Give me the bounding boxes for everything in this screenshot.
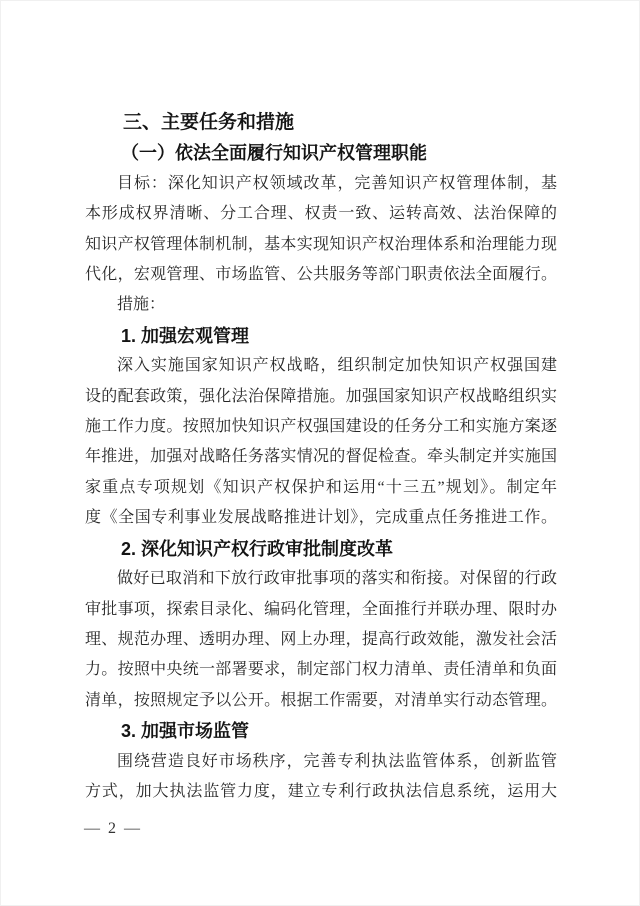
paragraph-task-1-line: 度《全国专利事业发展战略推进计划》，完成重点任务推进工作。	[85, 503, 557, 533]
document-body: 三、主要任务和措施 （一）依法全面履行知识产权管理职能 目标：深化知识产权领域改…	[85, 108, 557, 807]
paragraph-task-1-line: 设的配套政策，强化法治保障措施。加强国家知识产权战略组织实	[85, 382, 557, 412]
paragraph-goal-line: 知识产权管理体制机制，基本实现知识产权治理体系和治理能力现	[85, 230, 557, 260]
paragraph-goal-line: 本形成权界清晰、分工合理、权责一致、运转高效、法治保障的	[85, 199, 557, 229]
heading-task-2: 2. 深化知识产权行政审批制度改革	[85, 534, 557, 564]
label-measures: 措施：	[85, 290, 557, 320]
paragraph-task-2-line: 理、规范办理、透明办理、网上办理，提高行政效能，激发社会活	[85, 625, 557, 655]
paragraph-task-3-line: 方式，加大执法监管力度，建立专利行政执法信息系统，运用大	[85, 777, 557, 807]
heading-task-1: 1. 加强宏观管理	[85, 321, 557, 351]
paragraph-task-3-line: 围绕营造良好市场秩序，完善专利执法监管体系，创新监管	[85, 747, 557, 777]
paragraph-task-1-line: 家重点专项规划《知识产权保护和运用“十三五”规划》。制定年	[85, 473, 557, 503]
paragraph-task-2-line: 清单，按照规定予以公开。根据工作需要，对清单实行动态管理。	[85, 686, 557, 716]
paragraph-task-2-line: 力。按照中央统一部署要求，制定部门权力清单、责任清单和负面	[85, 655, 557, 685]
heading-task-3: 3. 加强市场监管	[85, 716, 557, 746]
heading-main: 三、主要任务和措施	[85, 108, 557, 138]
page-number: — 2 —	[84, 820, 142, 838]
paragraph-goal-line: 目标：深化知识产权领域改革，完善知识产权管理体制，基	[85, 169, 557, 199]
paragraph-task-2-line: 做好已取消和下放行政审批事项的落实和衔接。对保留的行政	[85, 564, 557, 594]
paragraph-task-1-line: 施工作力度。按照加快知识产权强国建设的任务分工和实施方案逐	[85, 412, 557, 442]
document-page: 三、主要任务和措施 （一）依法全面履行知识产权管理职能 目标：深化知识产权领域改…	[0, 0, 640, 906]
paragraph-goal-line: 代化，宏观管理、市场监管、公共服务等部门职责依法全面履行。	[85, 260, 557, 290]
paragraph-task-1-line: 年推进，加强对战略任务落实情况的督促检查。牵头制定并实施国	[85, 442, 557, 472]
paragraph-task-2-line: 审批事项，探索目录化、编码化管理，全面推行并联办理、限时办	[85, 595, 557, 625]
paragraph-task-1-line: 深入实施国家知识产权战略，组织制定加快知识产权强国建	[85, 351, 557, 381]
heading-section-1: （一）依法全面履行知识产权管理职能	[85, 138, 557, 168]
